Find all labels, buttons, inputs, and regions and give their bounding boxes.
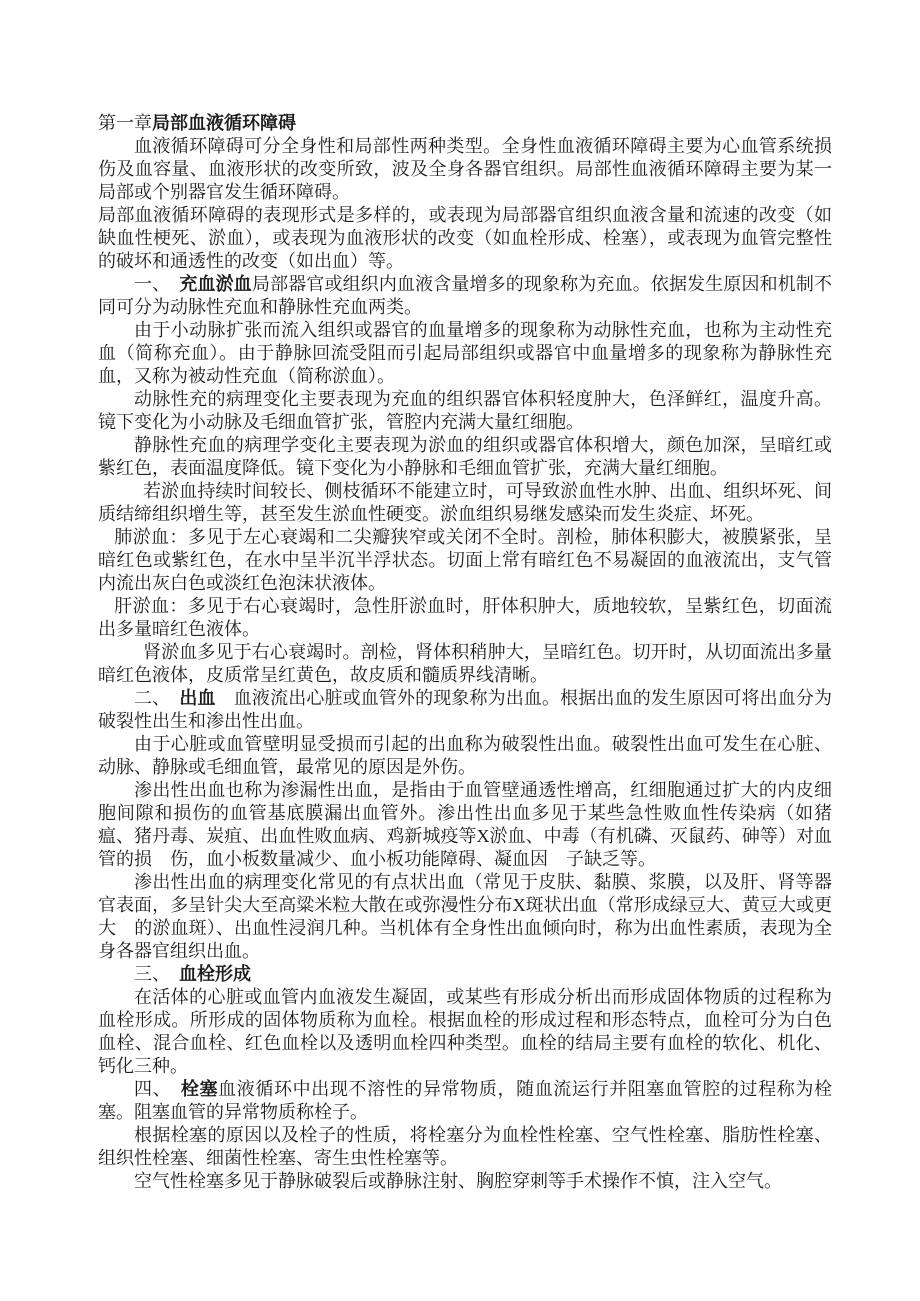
text-run: 三、	[134, 964, 179, 984]
text-run: 由于小动脉扩张而流入组织或器官的血量增多的现象称为动脉性充血，也称为主动性充血（…	[98, 320, 832, 386]
text-run: 四、	[134, 1079, 181, 1099]
paragraph-section-1: 一、 充血淤血局部器官或组织内血液含量增多的现象称为充血。依据发生原因和机制不 …	[98, 273, 832, 319]
paragraph: 动脉性充的病理变化主要表现为充血的组织器官体积轻度肿大，色泽鲜红，温度升高。镜下…	[98, 388, 832, 434]
bold-text-run: 血栓形成	[179, 964, 251, 984]
text-run: 若淤血持续时间较长、侧枝循环不能建立时，可导致淤血性水肿、出血、组织坏死、间质结…	[98, 481, 832, 524]
bold-text-run: 局部血液循环障碍	[152, 113, 296, 133]
paragraph: 在活体的心脏或血管内血液发生凝固，或某些有形成分析出而形成固体物质的过程称为血栓…	[98, 986, 832, 1078]
text-run: 血液循环障碍可分全身性和局部性两种类型。全身性血液循环障碍主要为心血管系统损伤及…	[98, 136, 832, 202]
text-run: 空气性栓塞多见于静脉破裂后或静脉注射、胸腔穿刺等手术操作不慎，注入空气。	[134, 1171, 782, 1191]
text-run: 动脉性充的病理变化主要表现为充血的组织器官体积轻度肿大，色泽鲜红，温度升高。镜下…	[98, 389, 832, 432]
paragraph-section-4: 四、 栓塞血液循环中出现不溶性的异常物质，随血流运行并阻塞血管腔的过程称为栓塞。…	[98, 1078, 832, 1124]
paragraph: 若淤血持续时间较长、侧枝循环不能建立时，可导致淤血性水肿、出血、组织坏死、间质结…	[98, 480, 832, 526]
paragraph-liver: 肝淤血：多见于右心衰竭时，急性肝淤血时，肝体积肿大，质地较软，呈紫红色，切面流出…	[98, 595, 832, 641]
text-run: 肾淤血多见于右心衰竭时。剖检，肾体积稍肿大，呈暗红色。切开时，从切面流出多量暗红…	[98, 642, 832, 685]
chapter-title: 第一章局部血液循环障碍	[98, 112, 832, 135]
text-run: 根据栓塞的原因以及栓子的性质，将栓塞分为血栓性栓塞、空气性栓塞、脂肪性栓塞、组织…	[98, 1125, 832, 1168]
text-run: 由于心脏或血管壁明显受损而引起的出血称为破裂性出血。破裂性出血可发生在心脏、动脉…	[98, 734, 832, 777]
bold-text-run: 栓塞	[181, 1079, 218, 1099]
text-run: 肺淤血：多见于左心衰竭和二尖瓣狭窄或关闭不全时。剖检，肺体积膨大，被膜紧张，呈暗…	[98, 527, 832, 593]
bold-text-run: 出血	[179, 688, 215, 708]
paragraph: 局部血液循环障碍的表现形式是多样的，或表现为局部器官组织血液含量和流速的改变（如…	[98, 204, 832, 273]
text-run: 静脉性充血的病理学变化主要表现为淤血的组织或器官体积增大，颜色加深，呈暗红或紫红…	[98, 435, 832, 478]
document-body: 第一章局部血液循环障碍血液循环障碍可分全身性和局部性两种类型。全身性血液循环障碍…	[98, 112, 832, 1193]
paragraph-lung: 肺淤血：多见于左心衰竭和二尖瓣狭窄或关闭不全时。剖检，肺体积膨大，被膜紧张，呈暗…	[98, 526, 832, 595]
paragraph-kidney: 肾淤血多见于右心衰竭时。剖检，肾体积稍肿大，呈暗红色。切开时，从切面流出多量暗红…	[98, 641, 832, 687]
paragraph-section-3: 三、 血栓形成	[98, 963, 832, 986]
bold-text-run: 充血淤血	[179, 274, 252, 294]
paragraph: 由于心脏或血管壁明显受损而引起的出血称为破裂性出血。破裂性出血可发生在心脏、动脉…	[98, 733, 832, 779]
paragraph: 根据栓塞的原因以及栓子的性质，将栓塞分为血栓性栓塞、空气性栓塞、脂肪性栓塞、组织…	[98, 1124, 832, 1170]
paragraph-section-2: 二、 出血 血液流出心脏或血管外的现象称为出血。根据出血的发生原因可将出血分为破…	[98, 687, 832, 733]
text-run: 二、	[134, 688, 179, 708]
text-run: 在活体的心脏或血管内血液发生凝固，或某些有形成分析出而形成固体物质的过程称为血栓…	[98, 987, 832, 1076]
paragraph: 渗出性出血也称为渗漏性出血，是指由于血管壁通透性增高，红细胞通过扩大的内皮细胞间…	[98, 779, 832, 871]
paragraph: 空气性栓塞多见于静脉破裂后或静脉注射、胸腔穿刺等手术操作不慎，注入空气。	[98, 1170, 832, 1193]
text-run: 局部血液循环障碍的表现形式是多样的，或表现为局部器官组织血液含量和流速的改变（如…	[98, 205, 832, 271]
document-page: 第一章局部血液循环障碍血液循环障碍可分全身性和局部性两种类型。全身性血液循环障碍…	[0, 0, 920, 1301]
paragraph: 血液循环障碍可分全身性和局部性两种类型。全身性血液循环障碍主要为心血管系统损伤及…	[98, 135, 832, 204]
text-run: 渗出性出血的病理变化常见的有点状出血（常见于皮肤、黏膜、浆膜，以及肝、肾等器官表…	[98, 872, 832, 961]
paragraph: 由于小动脉扩张而流入组织或器官的血量增多的现象称为动脉性充血，也称为主动性充血（…	[98, 319, 832, 388]
text-run: 渗出性出血也称为渗漏性出血，是指由于血管壁通透性增高，红细胞通过扩大的内皮细胞间…	[98, 780, 832, 869]
text-run: 一、	[134, 274, 179, 294]
paragraph: 渗出性出血的病理变化常见的有点状出血（常见于皮肤、黏膜、浆膜，以及肝、肾等器官表…	[98, 871, 832, 963]
paragraph: 静脉性充血的病理学变化主要表现为淤血的组织或器官体积增大，颜色加深，呈暗红或紫红…	[98, 434, 832, 480]
text-run: 肝淤血：多见于右心衰竭时，急性肝淤血时，肝体积肿大，质地较软，呈紫红色，切面流出…	[98, 596, 832, 639]
text-run: 第一章	[98, 113, 152, 133]
